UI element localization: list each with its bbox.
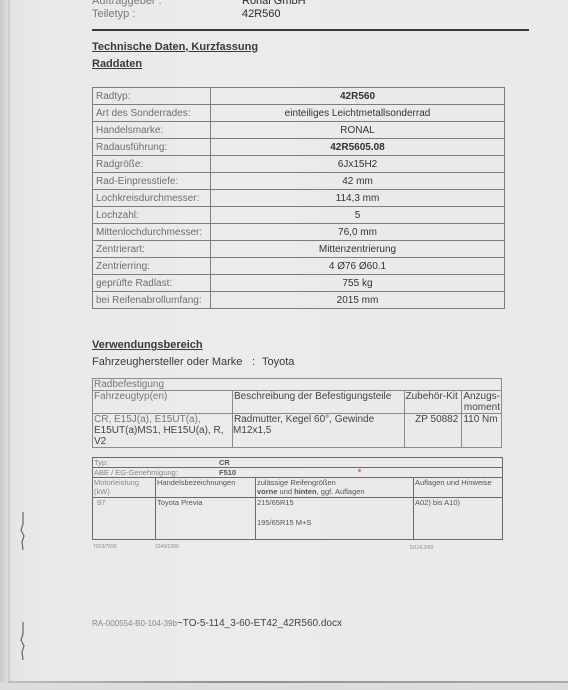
table-row: Lochkreisdurchmesser:114,3 mm bbox=[93, 190, 505, 207]
auftraggeber-label: Auftraggeber : bbox=[92, 0, 162, 7]
table-row: Zentrierart:Mittenzentrierung bbox=[93, 241, 505, 258]
raddaten-value: 42R560 bbox=[211, 88, 505, 105]
header-handelsbezeichnungen: Handelsbezeichnungen bbox=[156, 478, 256, 498]
cell-anzugsmoment: 110 Nm bbox=[462, 414, 502, 448]
header-beschreibung: Beschreibung der Befestigungsteile bbox=[232, 391, 404, 414]
auftraggeber-value: Ronal GmbH bbox=[242, 0, 306, 7]
raddaten-key: Lochkreisdurchmesser: bbox=[93, 190, 211, 207]
abe-row: ABE / EG-Genehmigung:F510 bbox=[93, 468, 503, 478]
raddaten-key: Radtyp: bbox=[93, 88, 211, 105]
header-zubehoer-kit: Zubehör-Kit bbox=[404, 391, 462, 414]
teiletyp-label: Teiletyp : bbox=[92, 9, 135, 20]
section-verwendungsbereich: Verwendungsbereich bbox=[92, 339, 203, 351]
table-row: geprüfte Radlast:755 kg bbox=[93, 275, 505, 292]
raddaten-key: Radausführung: bbox=[93, 139, 211, 156]
raddaten-key: Lochzahl: bbox=[93, 207, 211, 224]
teiletyp-value: 42R560 bbox=[242, 9, 281, 20]
raddaten-key: Zentrierring: bbox=[93, 258, 211, 275]
raddaten-value: 42R5605.08 bbox=[211, 139, 505, 156]
table-row: Radtyp:42R560 bbox=[93, 88, 505, 105]
footnote-1: 7013/7555 bbox=[93, 544, 117, 550]
header-reifengroessen: zulässige Reifengrößen vorne und hinten,… bbox=[256, 478, 414, 498]
table-row: Radgröße:6Jx15H2 bbox=[93, 156, 505, 173]
table-row: 97 Toyota Previa 215/65R15 195/65R15 M+S… bbox=[93, 498, 503, 540]
raddaten-value: RONAL bbox=[211, 122, 505, 139]
raddaten-value: 6Jx15H2 bbox=[211, 156, 505, 173]
header-divider bbox=[92, 29, 529, 31]
cell-fahrzeugtypen: CR, E15J(a), E15UT(a), E15UT(a)MS1, HE15… bbox=[93, 414, 233, 448]
table-row: Art des Sonderrades:einteiliges Leichtme… bbox=[93, 105, 505, 122]
typ-row: Typ:CR bbox=[93, 458, 503, 468]
hersteller-label: Fahrzeughersteller oder Marke bbox=[92, 356, 242, 368]
cell-reifen: 215/65R15 195/65R15 M+S bbox=[256, 498, 414, 540]
header-fahrzeugtypen: Fahrzeugtyp(en) bbox=[93, 391, 233, 414]
hersteller-value: Toyota bbox=[262, 356, 294, 368]
raddaten-value: 42 mm bbox=[211, 173, 505, 190]
raddaten-key: bei Reifenabrollumfang: bbox=[93, 292, 211, 309]
binding-mark-icon bbox=[20, 622, 26, 660]
raddaten-key: Art des Sonderrades: bbox=[93, 105, 211, 122]
abe-table: Typ:CR ABE / EG-Genehmigung:F510 Motorle… bbox=[92, 457, 503, 540]
footnote-3: 5/114,3/60 bbox=[410, 545, 433, 551]
table-row: Mittenlochdurchmesser:76,0 mm bbox=[93, 224, 505, 241]
raddaten-value: Mittenzentrierung bbox=[211, 241, 505, 258]
raddaten-key: Zentrierart: bbox=[93, 241, 211, 258]
section-raddaten: Raddaten bbox=[92, 58, 142, 70]
raddaten-key: Radgröße: bbox=[93, 156, 211, 173]
document-page: Auftraggeber : Ronal GmbH Teiletyp : 42R… bbox=[0, 0, 568, 690]
table-row: Zentrierring:4 Ø76 Ø60.1 bbox=[93, 258, 505, 275]
raddaten-value: einteiliges Leichtmetallsonderrad bbox=[211, 105, 505, 122]
raddaten-value: 4 Ø76 Ø60.1 bbox=[211, 258, 505, 275]
red-ink-mark bbox=[358, 469, 361, 472]
raddaten-value: 76,0 mm bbox=[211, 224, 505, 241]
footnote-2: 1249/1390 bbox=[155, 544, 179, 550]
table-row: Handelsmarke:RONAL bbox=[93, 122, 505, 139]
header-motorleistung: Motorleistung (kW) bbox=[93, 478, 156, 498]
cell-auflagen: A02) bis A10) bbox=[414, 498, 503, 540]
header-row-auftraggeber: Auftraggeber : bbox=[92, 0, 162, 7]
header-anzugsmoment: Anzugs- moment bbox=[462, 391, 502, 414]
raddaten-value: 5 bbox=[211, 207, 505, 224]
section-technische-daten: Technische Daten, Kurzfassung bbox=[92, 41, 258, 53]
raddaten-value: 114,3 mm bbox=[211, 190, 505, 207]
cell-handelsbezeichnung: Toyota Previa bbox=[156, 498, 256, 540]
header-auflagen: Auflagen und Hinweise bbox=[414, 478, 503, 498]
footer-prefix: RA-000554-B0-104-39b bbox=[92, 619, 177, 628]
raddaten-value: 755 kg bbox=[211, 275, 505, 292]
cell-zubehoer-kit: ZP 50882 bbox=[404, 414, 462, 448]
table-row: Radausführung:42R5605.08 bbox=[93, 139, 505, 156]
table-row: bei Reifenabrollumfang:2015 mm bbox=[93, 292, 505, 309]
radbefestigung-title: Radbefestigung bbox=[93, 379, 502, 391]
hersteller-separator: : bbox=[252, 356, 255, 368]
footer-filename: ~TO-5-114_3-60-ET42_42R560.docx bbox=[177, 618, 342, 629]
table-row: Lochzahl:5 bbox=[93, 207, 505, 224]
raddaten-value: 2015 mm bbox=[211, 292, 505, 309]
raddaten-key: Rad-Einpresstiefe: bbox=[93, 173, 211, 190]
raddaten-key: Mittenlochdurchmesser: bbox=[93, 224, 211, 241]
cell-beschreibung: Radmutter, Kegel 60°, Gewinde M12x1,5 bbox=[232, 414, 404, 448]
table-row: CR, E15J(a), E15UT(a), E15UT(a)MS1, HE15… bbox=[93, 414, 502, 448]
table-row: Rad-Einpresstiefe:42 mm bbox=[93, 173, 505, 190]
binding-mark-icon bbox=[20, 512, 26, 550]
radbefestigung-table: Radbefestigung Fahrzeugtyp(en) Beschreib… bbox=[92, 378, 502, 448]
raddaten-key: geprüfte Radlast: bbox=[93, 275, 211, 292]
raddaten-table: Radtyp:42R560Art des Sonderrades:einteil… bbox=[92, 87, 505, 309]
raddaten-key: Handelsmarke: bbox=[93, 122, 211, 139]
cell-kw: 97 bbox=[93, 498, 156, 540]
document-footer: RA-000554-B0-104-39b~TO-5-114_3-60-ET42_… bbox=[92, 618, 342, 629]
